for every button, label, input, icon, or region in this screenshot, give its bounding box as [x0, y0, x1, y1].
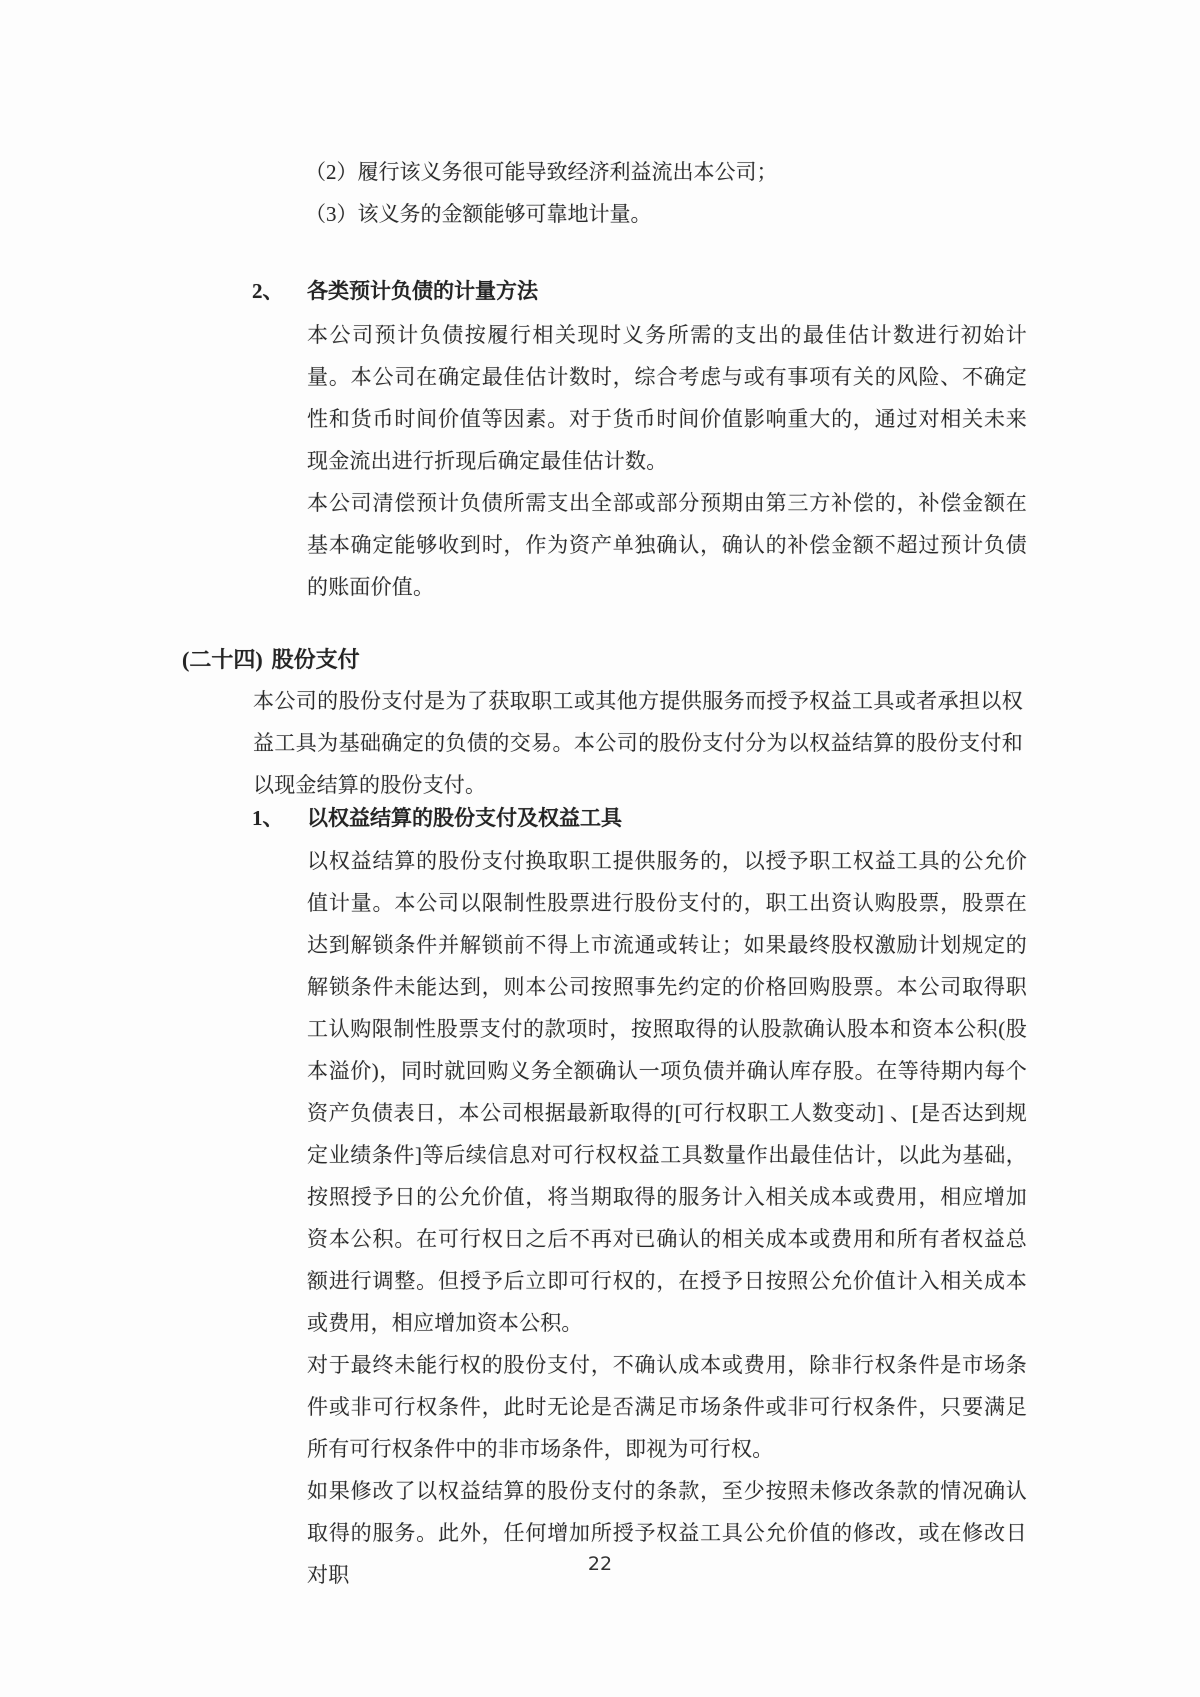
subsection-1-paragraph-1: 以权益结算的股份支付换取职工提供服务的，以授予职工权益工具的公允价值计量。本公司…	[307, 840, 1027, 1344]
section-2-body: 本公司预计负债按履行相关现时义务所需的支出的最佳估计数进行初始计量。本公司在确定…	[307, 314, 1027, 608]
section-2-paragraph-2: 本公司清偿预计负债所需支出全部或部分预期由第三方补偿的，补偿金额在基本确定能够收…	[307, 482, 1027, 608]
heading-spacer	[263, 645, 272, 675]
section-2-number: 2、	[252, 276, 307, 306]
section-2-title: 各类预计负债的计量方法	[307, 276, 538, 306]
section-24-intro-paragraph: 本公司的股份支付是为了获取职工或其他方提供服务而授予权益工具或者承担以权益工具为…	[253, 680, 1023, 806]
document-page: （2）履行该义务很可能导致经济利益流出本公司； （3）该义务的金额能够可靠地计量…	[0, 0, 1200, 1697]
subsection-1-heading: 1、 以权益结算的股份支付及权益工具	[252, 803, 622, 833]
subsection-1-number: 1、	[252, 803, 307, 833]
section-24-number: (二十四)	[182, 645, 263, 675]
section-2-heading: 2、 各类预计负债的计量方法	[252, 276, 538, 306]
section-24-heading: (二十四) 股份支付	[182, 645, 360, 675]
subsection-1-body: 以权益结算的股份支付换取职工提供服务的，以授予职工权益工具的公允价值计量。本公司…	[307, 840, 1027, 1596]
list-item-3: （3）该义务的金额能够可靠地计量。	[305, 200, 652, 228]
subsection-1-paragraph-3: 如果修改了以权益结算的股份支付的条款，至少按照未修改条款的情况确认取得的服务。此…	[307, 1470, 1027, 1596]
section-24-intro: 本公司的股份支付是为了获取职工或其他方提供服务而授予权益工具或者承担以权益工具为…	[253, 680, 1023, 806]
list-item-2: （2）履行该义务很可能导致经济利益流出本公司；	[305, 158, 778, 186]
subsection-1-title: 以权益结算的股份支付及权益工具	[307, 803, 622, 833]
section-24-title: 股份支付	[272, 645, 360, 675]
subsection-1-paragraph-2: 对于最终未能行权的股份支付，不确认成本或费用，除非行权条件是市场条件或非可行权条…	[307, 1344, 1027, 1470]
section-2-paragraph-1: 本公司预计负债按履行相关现时义务所需的支出的最佳估计数进行初始计量。本公司在确定…	[307, 314, 1027, 482]
page-number: 22	[0, 1553, 1200, 1575]
